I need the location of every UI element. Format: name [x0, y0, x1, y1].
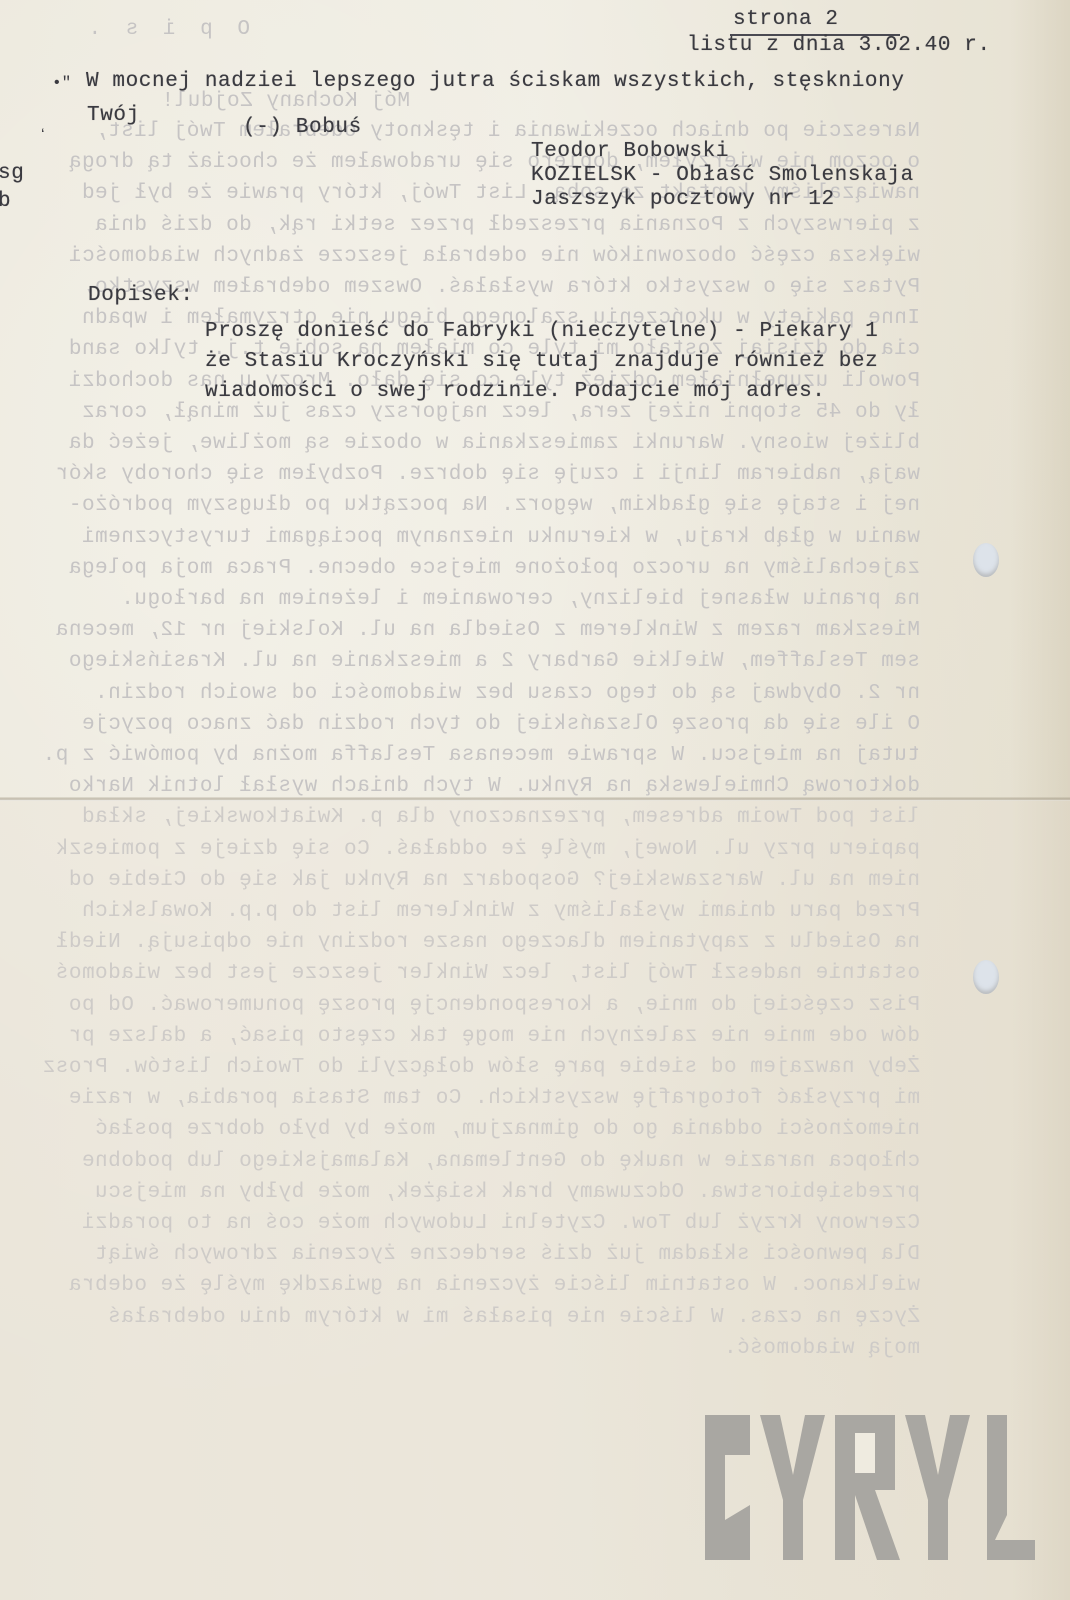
- show-through-line: ły do 45 stopni niżej zera, lecz najgors…: [81, 401, 920, 424]
- show-through-line: O p i s .: [83, 18, 250, 41]
- show-through-line: Mieszkam razem z Winklerem z Osiedla na …: [55, 619, 920, 642]
- show-through-line: Pytasz się o wszystko która wysłałaś. Ow…: [81, 276, 920, 299]
- show-through-line: nr 2. Obydwaj są do tego czasu bez wiado…: [95, 682, 920, 705]
- bullet-mark: •": [52, 74, 71, 92]
- show-through-line: nej i staję się gładkim, węgorz. Na pocz…: [68, 494, 920, 517]
- closing-twoj: Twój: [87, 104, 140, 127]
- punch-hole-lower: [973, 960, 999, 994]
- show-through-line: na praniu własnej bielizny, cerowaniem i…: [121, 588, 920, 611]
- letter-reference-date: listu z dnia 3.02.40 r.: [687, 34, 991, 57]
- page-number-label: strona 2: [733, 8, 839, 31]
- show-through-line: waniu w głąb kraju, w kierunku nieznanym…: [81, 526, 920, 549]
- punch-hole-upper: [973, 543, 999, 577]
- margin-tick-mark: ʻ: [38, 127, 48, 145]
- document-page: O p i s .Mój Kochany Zojdul!Nareszcie po…: [0, 0, 1070, 1600]
- show-through-line: tutaj na miejscu. W sprawie mecenasa Tes…: [42, 744, 920, 767]
- postscript-label: Dopisek:: [88, 284, 194, 307]
- show-through-line: z pierwszych z Poznania przeszedł przez …: [95, 214, 920, 237]
- sender-postbox: Jaszszyk pocztowy nr 12: [531, 188, 835, 211]
- show-through-line: sem Teslaffem, Wielkie Garbary 2 a miesz…: [68, 650, 920, 673]
- show-through-line: zajechaliśmy na uroczo położone miejsce …: [68, 557, 920, 580]
- show-through-line: Mój Kochany Zojdul!: [161, 90, 410, 113]
- show-through-line: bliżej wiosny. Warunki zamieszkania w ob…: [68, 432, 920, 455]
- sender-name: Teodor Bobowski: [531, 140, 729, 163]
- paper-fold-line: [0, 797, 1070, 801]
- postscript-line-1: Proszę donieść do Fabryki (nieczytelne) …: [205, 320, 878, 343]
- show-through-line: Nareszcie po dniach oczekiwania i tęskno…: [95, 120, 920, 143]
- postscript-line-3: wiadomości o swej rodzinie. Podajcie mój…: [205, 380, 826, 403]
- closing-line: W mocnej nadziei lepszego jutra ściskam …: [86, 70, 905, 93]
- show-through-line: większa część obozowników nie odebrała j…: [68, 245, 920, 268]
- show-through-line: wają, nabieram linji i czuję się dobrze.…: [55, 463, 920, 486]
- margin-fragment-2: b: [0, 190, 11, 213]
- show-through-line: O ile się da proszę Olszańskiej do tych …: [81, 713, 920, 736]
- sender-place: KOZIELSK - Obłaść Smolenskaja: [531, 164, 914, 187]
- show-through-line: doktorową Chmielewską na Rynku. W tych d…: [68, 775, 920, 798]
- cyryl-watermark-logo: [705, 1415, 1035, 1560]
- signature: (-) Bobuś: [243, 116, 362, 139]
- margin-fragment-1: sg: [0, 162, 24, 185]
- postscript-line-2: że Stasiu Kroczyński się tutaj znajduje …: [205, 350, 878, 373]
